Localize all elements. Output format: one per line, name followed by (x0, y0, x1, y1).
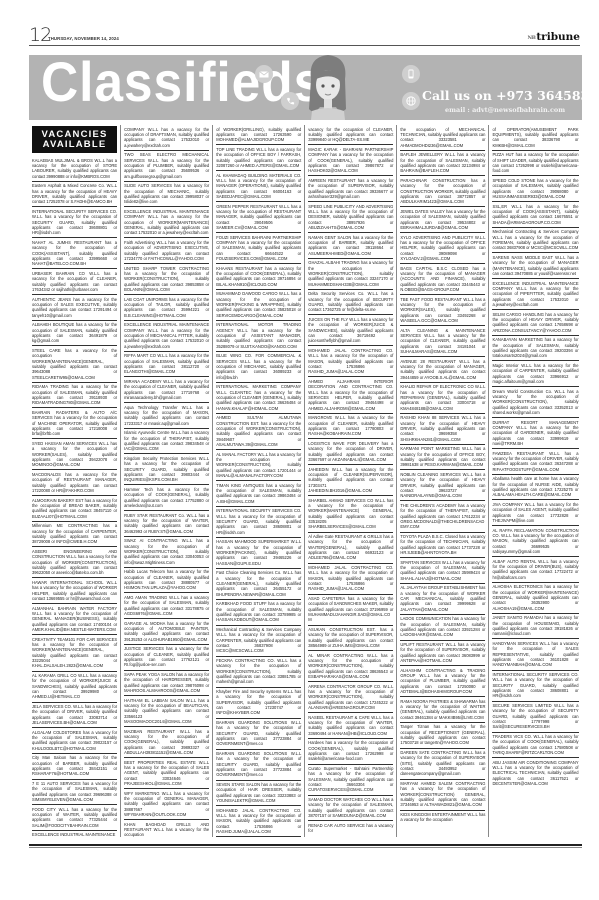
classified-ad: NAMAN GENT SALON has a vacancy for the o… (308, 233, 393, 259)
classified-ad: SLIDE AUTO SERVICES has a vacancy for th… (124, 182, 209, 208)
classified-ad: City Man Saloon has a vacancy for the oc… (32, 754, 117, 780)
classified-ad: Tanger Tiznan has a vacancy for the occu… (400, 723, 485, 749)
classified-ad: GHAZAL ALBAHI TRADING has a vacancy for … (308, 259, 393, 290)
classified-ad: MUHAMMAD DAWOOD CARGO W.L.L has a vacanc… (216, 290, 301, 321)
classified-ad: FOOD CITY W.L.L has a vacancy for the oc… (32, 805, 117, 831)
ad-list: vacancy for the occupation of CLEANER, s… (308, 125, 393, 835)
logo-mark-icon: NB (528, 35, 536, 41)
classified-ad: SEVEN STARS SALON has a vacancy for the … (216, 781, 301, 807)
classified-ad: MARYAM AHMED SALEM CONTRACTING has a vac… (400, 780, 485, 811)
classified-ad: FOUZI SERVICES BAHRAINI PARTNERSHIP COMP… (216, 233, 301, 264)
column-3: of WORKER(GRILLING), suitably qualified … (213, 125, 305, 837)
column-2: COMPANY W.L.L has a vacancy for the occu… (121, 125, 213, 837)
classified-ad: AL MINAR CONTRACTING W.L.L has a vacancy… (308, 651, 393, 682)
classified-ad: ALBAF AUTO RENTAL W.L.L has a vacancy fo… (492, 557, 578, 583)
classified-ad: PIZZA HUT has a vacancy for the occupati… (492, 151, 578, 177)
classified-ad: Kingdom Security Protection Services W.L… (124, 454, 209, 485)
classified-ad: BAHRAIN GUARDING SOLUTIONS W.L.L has a v… (216, 719, 301, 750)
classified-ad: MANGROVE W.L.L has a vacancy for the occ… (308, 414, 393, 440)
classified-ad: NOBLIN CLEANING SERVICES W.L.L has a vac… (400, 470, 485, 501)
classified-ad: MOHAMED JALAL CONTRACTING CO. W.L.L has … (308, 346, 393, 377)
classified-ad: SHARBEL AHMAD SERVICES CO W.L.L has a va… (308, 496, 393, 532)
classified-ad: KHAN BAGHDAD GRILLS AND RESTAURANT W.L.L… (124, 820, 209, 837)
classified-ad: ALTA CLEANING & MAINTENANCE SERVICES W.L… (400, 326, 485, 357)
classified-ad: ALBAHEH BOUTIQUE has a vacancy for the o… (32, 321, 117, 347)
classified-ad: AL MANAL FACTORY W.L.L has a vacancy for… (216, 450, 301, 481)
classified-ad: GREEN PEPPER RESTAURANT W.L.L has a vaca… (216, 202, 301, 233)
ad-list: of OPERATOR(AMUSEMENT PARK EQUIPMENTS), … (492, 125, 578, 788)
classified-ad: EXCELLENCE INDUSTRIAL MAINTENANCE COMPAN… (492, 279, 578, 310)
classified-ad: KALAEBAS MULJIMAL & BROS W.L.L has a vac… (32, 156, 117, 182)
classified-ad: BEST PROPERTIES REAL ESTATE W.L.L has a … (124, 758, 209, 789)
classified-ad: Millennium ME CONTRACTING has a vacancy … (32, 522, 117, 548)
classified-ad: SWAZ AI CONTRACTING W.L.L has a vacancy … (124, 537, 209, 568)
classified-ad: ALMANHAL BAHRAIN WATER FACTORY W.L.L has… (32, 604, 117, 635)
classified-ad: MAZIBAN RESTAURANT W.L.L has a vacancy f… (124, 727, 209, 758)
classified-ad: TOP LINE TRADING W.L.L has a vacancy for… (216, 145, 301, 171)
classified-ad: vacancy for the occupation of CLEANER, s… (308, 125, 393, 145)
envelope-icon (255, 65, 273, 83)
classified-ad: KIDS KINGDOM ENTERTAINMENT W.L.L has a v… (400, 811, 485, 825)
classified-ad: SPEED LINE PUBLICITY AND ADVERTISING W.L… (308, 202, 393, 233)
classified-ad: JAHEEDIN W.L.L has a vacancy for the occ… (308, 465, 393, 496)
classified-ad: Mechanical Contracting & Services Compan… (216, 626, 301, 657)
classified-ad: MOHAMED JALAL CONTRACTING CO. W.L.L has … (216, 806, 301, 837)
classified-ad: RUBY STAR RESTAURANT Co. W.L.L has a vac… (124, 511, 209, 537)
classified-ad: AMG AMAN TRADING W.L.L has a vacancy for… (124, 593, 209, 619)
classified-ad: SSL,ER W.L.L has a vacancy for the occup… (492, 202, 578, 228)
classified-ad: KHALID REPAIR OF ELECTRONIC CO W.L.L has… (400, 383, 485, 414)
classified-ad: LOGISTICS WAVE FOR DELIVERY has a vacanc… (308, 439, 393, 465)
contact-phone[interactable]: Call us on +973 36458394 (422, 88, 582, 103)
classified-ad: Faith Advertising W.L.L has a vacancy fo… (124, 238, 209, 264)
classified-ad: Fast Choice Cleaning Services Co. W.L.L … (216, 569, 301, 600)
page-number: 12 (29, 24, 51, 46)
classified-ad: MAGIC KARAK - BAHRAINI PARTNERSHIP COMPA… (308, 145, 393, 176)
classifieds-columns: VACANCIES AVAILABLE KALAEBAS MULJIMAL & … (29, 125, 582, 837)
classified-ad: INTERNATIONAL MARKETING COMPANY W.L.L CL… (216, 383, 301, 414)
classified-ad: BAGS CAPITAL B.S.C CLOSED has a vacancy … (400, 264, 485, 295)
classified-ad: HASSAN MAHMOOD SUPERMARKET W.L.L has a v… (216, 538, 301, 569)
classified-ad: SAMAD DOCTOR WATCHES CO W.L.L has a vaca… (308, 796, 393, 822)
classified-ad: RIDAMA TRADING has a vacancy for the occ… (32, 383, 117, 409)
classified-ad: KARBKHAD FOOD STUFF has a vacancy for th… (216, 600, 301, 626)
classified-ad: Al Adlee Gate RESTAURANT & GRILLS has a … (308, 533, 393, 564)
classified-ad: AMREEN RESTAURANT has a vacancy for the … (308, 176, 393, 202)
classified-ad: Curato Supermarket - Bahraini Partnershi… (308, 765, 393, 796)
classified-ad: LAB COAT UNIFORMS has a vacancy for the … (124, 295, 209, 321)
classified-ad: AL RAFFA RECLAMATION CONSTRUCTION CO. W.… (492, 526, 578, 557)
logo-text: tribune (536, 31, 580, 43)
classified-ad: HAWAR INTERNATIONAL SCHOOL W.L.L has a v… (32, 578, 117, 604)
classified-ad: BAFLEH JEWELLERY W.L.L has a vacancy for… (400, 151, 485, 177)
classified-ad: of OPERATOR(AMUSEMENT PARK EQUIPMENTS), … (492, 125, 578, 151)
classified-ad: SELIM CARGO HANDLING has a vacancy for t… (492, 310, 578, 336)
classifieds-banner: Classifieds Call us on +973 36458394 ema… (29, 55, 582, 120)
ad-list: COMPANY W.L.L has a vacancy for the occu… (124, 125, 209, 837)
classified-ad: ASUKAN CONSTRUCTION EST. has a vacancy f… (308, 626, 393, 652)
mobile-phone-icon (402, 65, 420, 83)
classified-ad: STEEL CARE has a vacancy for the occupat… (32, 346, 117, 382)
globe-icon (402, 92, 420, 110)
classified-ad: Islamic Ayurvedic Centre W.L.L has a vac… (124, 429, 209, 455)
classified-ad: COMPANY W.L.L has a vacancy for the occu… (124, 125, 209, 151)
classified-ad: XYLO ADVERTISING AND PUBLICITY W.L.L has… (400, 233, 485, 264)
banner-title: Classifieds (41, 55, 323, 114)
classified-ad: MOHAMED JALAL CONTRACTING CO. W.L.L has … (308, 564, 393, 595)
classified-ad: BAHRAIN GUARDING SOLUTIONS W.L.L has a v… (216, 750, 301, 781)
classified-ad: WFY MARKETING W.L.L has a vacancy for th… (124, 789, 209, 820)
classified-ad: SYED HASSAN AMAN SERVICES W.L.L has a va… (32, 439, 117, 470)
column-5: the occupation of MECHANICAL TECHNICIAN,… (397, 125, 489, 837)
classified-ad: LADOS COMMUNICATION has a vacancy for th… (400, 615, 485, 641)
classified-ad: FECKRA CONTRACTING CO. W.L.L has a vacan… (216, 657, 301, 688)
classified-ad: Hardees has a vacancy for the occupation… (308, 739, 393, 765)
classified-ad: ASAD CAFETERIA has a vacancy for the occ… (308, 595, 393, 626)
classified-ad: ALHASHIM CONTRACTING & TRADING GROUP W.L… (400, 666, 485, 697)
classified-ad: INTERNATIONAL SECURITY SERVICES CO. W.L.… (492, 671, 578, 702)
phone-handset-icon (281, 92, 299, 110)
classified-ad: INTERNATIONAL MOTOR TRADING AGENCY W.L.L… (216, 321, 301, 352)
bottom-rule (29, 844, 582, 846)
classified-ad: TIMAN KING ANTIQUES has a vacancy for th… (216, 481, 301, 507)
classified-ad: BAHRAIN RADIATERS & AUTO A/C SERVICES ha… (32, 408, 117, 439)
classified-ad: DAREEN SATE CONTRACTING W.L.L has a vaca… (400, 749, 485, 780)
column-4: vacancy for the occupation of CLEANER, s… (305, 125, 397, 837)
bottom-rule-thin (29, 847, 582, 848)
classified-ad: AVENUE 28 RESTAURANT W.L.L has a vacancy… (400, 357, 485, 383)
classified-ad: BLUE WING CO. FOR COMMERCIAL & SERVICES … (216, 352, 301, 383)
classified-ad: THE CHILDREN'S ACADEMY has a vacancy for… (400, 501, 485, 532)
classified-ad: DURRAT RESORT MANAGEMENT COMPANY W.L.L h… (492, 418, 578, 449)
page-header: 12 THURSDAY, NOVEMBER 14, 2024 NBtribune (29, 28, 580, 46)
classified-ad: SECURE SERVICES LIMITED W.L.L has a vaca… (492, 702, 578, 733)
classified-ad: Aballama health care at home has a vacan… (492, 475, 578, 501)
classified-ad: RAMA NOORA PASTRIES & SHAWARMA has a vac… (400, 697, 485, 723)
classified-ad: Delta Security Services Co. W.L.L has a … (308, 290, 393, 316)
classified-ad: SARENS NASS MIDDLE EAST W.L.L has a vaca… (492, 253, 578, 279)
classified-ad: SPEED COLD STONE has a vacancy for the o… (492, 176, 578, 202)
issue-date: THURSDAY, NOVEMBER 14, 2024 (48, 36, 119, 41)
classified-ad: ARRENA CONTRACTOR GROUP CO. W.L.L has a … (308, 682, 393, 713)
classified-ad: Hammer Tech has a vacancy for the occupa… (124, 485, 209, 511)
classified-ad: KANABAYAN MARKETING has a vacancy for th… (492, 336, 578, 362)
classified-ad: RIFFA MART CO W.L.L has a vacancy for th… (124, 352, 209, 378)
classified-ad: AHMED ALJAHRAMI INTERIOR DECORATION AND … (308, 377, 393, 413)
classified-ad: Dream World Construction Co. W.L.L has a… (492, 387, 578, 418)
classified-ad: the occupation of MECHANICAL TECHNICIAN,… (400, 125, 485, 151)
classified-ad: EXCELLENCE INDUSTRIAL MAINTENANCE COMPAN… (124, 207, 209, 238)
classified-ad: HAITHAM EL LABBAN SALON W.L.L has a vaca… (124, 696, 209, 727)
classified-ad: NASEEL RESTAURANT & CAFE W.L.L has a vac… (308, 713, 393, 739)
classified-ad: TBE FAST FOOD RESTAURANT W.L.L has a vac… (400, 295, 485, 326)
classified-ad: NAHAT AL JUMHS RESTAURANT has a vacancy … (32, 238, 117, 269)
classified-ad: MACDONALDS has a vacancy for the occupat… (32, 470, 117, 496)
classified-ad: MIRANA ACADEMY W.L.L has a vacancy for t… (124, 377, 209, 403)
contact-email[interactable]: email : advt@newsofbahrain.com (445, 106, 565, 114)
classified-ad: KHAANS RESTAURANT has a vacancy for the … (216, 264, 301, 290)
classified-ad: of WORKER(GRILLING), suitably qualified … (216, 125, 301, 145)
vacancies-heading: VACANCIES AVAILABLE (32, 126, 117, 153)
classified-ad: 7 E 11 AUTO SERVICES has a vacancy for t… (32, 780, 117, 806)
woman-illustration-icon (306, 55, 350, 120)
classified-ad: Aqua Technology Transfer W.L.L has a vac… (124, 403, 209, 429)
classified-ad: EXCELLENCE INDUSTRIAL MAINTENANCE COMPAN… (124, 321, 209, 352)
classified-ad: GARAGE AL MODHA has a vacancy for the oc… (124, 619, 209, 645)
classified-ad: ALGALAM COLDSTORES has a vacancy for the… (32, 728, 117, 754)
classified-ad: KARMANI POINT MARKETING W.L.L has a vaca… (400, 445, 485, 471)
classified-ad: HANDYMAN SERVICES W.L.L has a vacancy fo… (492, 639, 578, 670)
classified-ad: FAWZEEA RESTAURANT W.L.L has a vacancy f… (492, 449, 578, 475)
classified-ad: SAPA PEAK YOGA SALON has a vacancy for t… (124, 671, 209, 697)
classified-ad: TRADERS VICS CO. W.L.L has a vacancy for… (492, 733, 578, 759)
vacancies-heading-line2: AVAILABLE (32, 140, 117, 150)
classified-ad: TOYOTA PLAZA B.S.C. Closed has a vacancy… (400, 533, 485, 559)
classified-ad: AHMED SULTAN ALMUTAWA CONSTRUCTION EST. … (216, 414, 301, 450)
classified-ad: PARACHINAR CONSTRUCTION has a vacancy fo… (400, 176, 485, 207)
classified-ad: JEWEL DATES VALLEY has a vacancy for the… (400, 207, 485, 233)
classified-ad: UPLIFT RESTAURANT W.L.L has a vacancy fo… (400, 641, 485, 667)
classified-ad: ALMOGRAIN BAKERY EST has a vacancy for t… (32, 496, 117, 522)
classified-ad: JUICES ON THE FLY W.L.L has a vacancy fo… (308, 315, 393, 346)
classified-ad: ABU JASSIM AIR CONDITIONING COMPANY W.L.… (492, 758, 578, 788)
classified-ad: AL KHAWADAQ BUILDING MATERIALS CO. W.L.L… (216, 171, 301, 202)
classified-ad: AUTHENTIC JEANS has a vacancy for the oc… (32, 295, 117, 321)
classified-ad: ASEERI ENGINEERING AND CONSTRUCTION W.L.… (32, 547, 117, 578)
classified-ad: INTERNATIONAL SECURITY SERVICES CO. W.L.… (216, 507, 301, 538)
classified-ad: JANET SANITO RAMADAI has a vacancy for t… (492, 614, 578, 640)
classified-ad: JUSTICE SERVICES has a vacancy for the o… (124, 645, 209, 671)
classified-ad: Magic Interior W.L.L has a vacancy for t… (492, 361, 578, 387)
classified-ad: Habib Lucas Telecom has a vacancy for th… (124, 568, 209, 594)
classified-ad: SPARTAN SERVICES W.L.L has a vacancy for… (400, 558, 485, 584)
tribune-logo: NBtribune (528, 31, 580, 43)
contact-block: Call us on +973 36458394 email : advt@ne… (409, 55, 582, 120)
column-1: VACANCIES AVAILABLE KALAEBAS MULJIMAL & … (29, 125, 121, 837)
classified-ad: UNITED SHARP TOWER CONTRACTING has a vac… (124, 264, 209, 295)
classified-ad: AL JALAYTAH GROUP ESTABLISHMENT has a va… (400, 584, 485, 615)
ad-list: KALAEBAS MULJIMAL & BROS W.L.L has a vac… (32, 156, 117, 837)
classified-ad: Mechanical Contracting & Services Compan… (492, 228, 578, 254)
classified-ad: TWO SEAS ELECTRO MECHANICAL SERVICES W.L… (124, 151, 209, 182)
classified-ad: EXCELLENCE INDUSTRIAL MAINTENANCE (32, 831, 117, 837)
classified-ad: URBASER BAHRAIN CO W.L.L has a vacancy f… (32, 269, 117, 295)
column-6: of OPERATOR(AMUSEMENT PARK EQUIPMENTS), … (489, 125, 581, 837)
classified-ad: Eastern Asphalt & Mixed Concrete Co. W.L… (32, 182, 117, 208)
classified-ad: AL KARAMA GRILL CO W.L.L has a vacancy f… (32, 672, 117, 703)
classified-ad: RENAD CAR AUTO SERVICE has a vacancy for (308, 821, 393, 835)
ad-list: the occupation of MECHANICAL TECHNICIAN,… (400, 125, 485, 825)
classified-ad: ALHOSHA ELECTRONICS has a vacancy for th… (492, 583, 578, 614)
classified-ad: RASHID KHAN 88 SERVICES W.L.L has a vaca… (400, 414, 485, 445)
classified-ad: Khayber Fire and Security systems W.L.L … (216, 688, 301, 719)
classified-ad: INTERNATIONAL SECURITY SERVICES CO. W.L.… (32, 207, 117, 238)
ad-list: of WORKER(GRILLING), suitably qualified … (216, 125, 301, 837)
classified-ad: CREATIVITY TEAM101 FOR CAR SERVICES has … (32, 635, 117, 671)
classified-ad: JELA SERVICES CO. W.L.L has a vacancy fo… (32, 703, 117, 729)
classified-ad: JIVA COMPANY W.L.L has a vacancy for the… (492, 500, 578, 526)
